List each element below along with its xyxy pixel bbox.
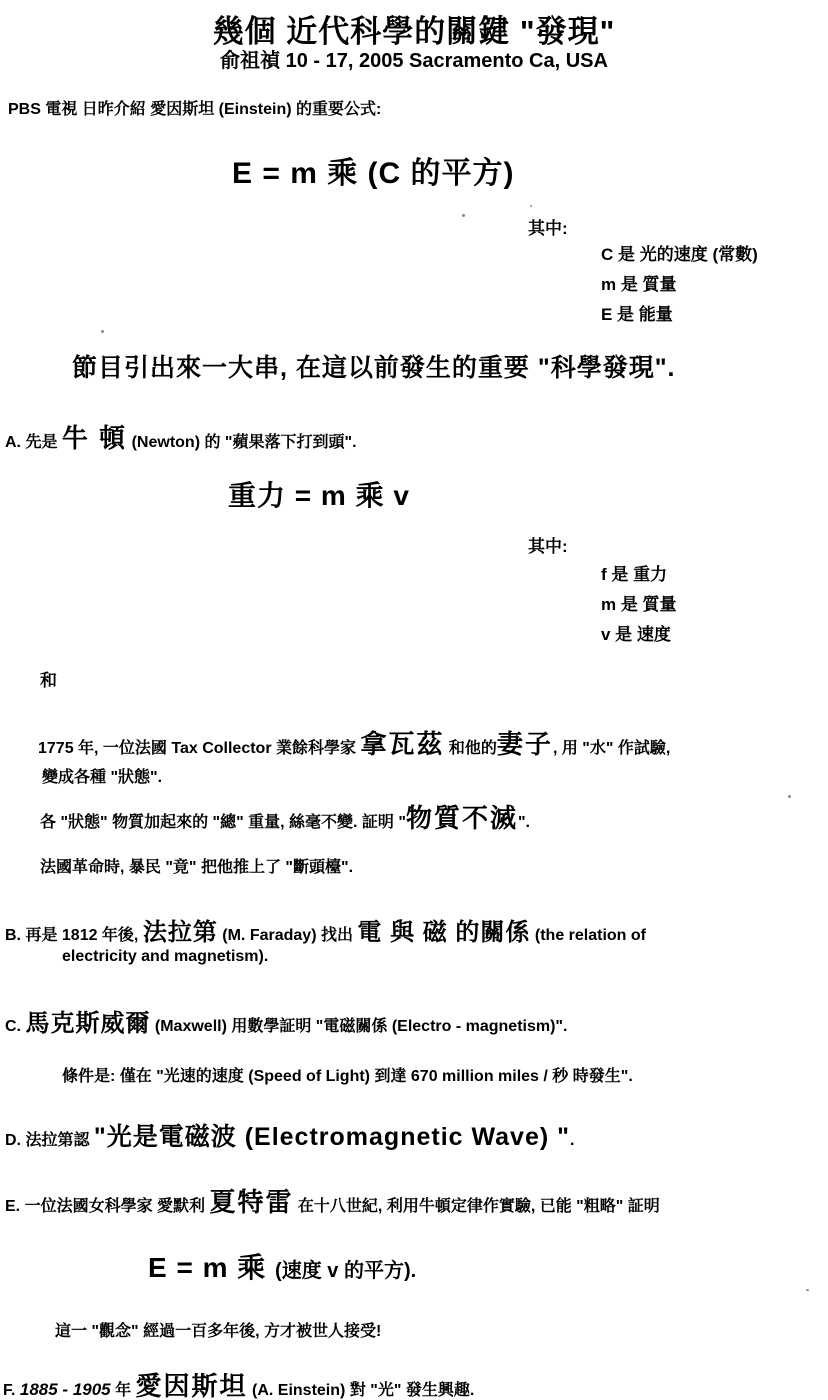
lavoisier-line1-post: , 用 "水" 作試驗,	[553, 740, 670, 757]
lavoisier-name: 拿瓦茲	[360, 729, 444, 759]
where2-item-v: v 是 速度	[601, 620, 677, 650]
conservation-of-mass-phrase: 物質不滅	[406, 803, 518, 833]
lavoisier-line3-post: ".	[518, 814, 530, 831]
section-b-line2: electricity and magnetism).	[62, 948, 268, 966]
section-f-years: 1885 - 1905	[20, 1380, 111, 1399]
formula-gravity: 重力 = m 乘 v	[228, 474, 410, 514]
scan-speck	[530, 205, 532, 207]
section-c-suffix: (Maxwell) 用數學証明 "電磁關係 (Electro - magneti…	[150, 1018, 567, 1035]
lavoisier-line1-mid: 和他的	[444, 740, 496, 757]
formula-emv2-big: E = m 乘	[148, 1252, 275, 1283]
where1-label: 其中:	[528, 214, 568, 239]
where2-item-m: m 是 質量	[601, 590, 677, 620]
section-b-prefix: B. 再是 1812 年後,	[5, 927, 143, 944]
where2-label: 其中:	[528, 532, 568, 557]
faraday-name: 法拉第	[143, 919, 218, 946]
section-c-condition: 條件是: 僅在 "光速的速度 (Speed of Light) 到達 670 m…	[62, 1063, 633, 1086]
electricity-magnetism-phrase: 電 與 磁 的關係	[357, 919, 530, 946]
section-e-prefix: E. 一位法國女科學家 愛默利	[5, 1198, 209, 1215]
chatelet-name: 夏特雷	[209, 1187, 293, 1217]
where2-item-f: f 是 重力	[601, 560, 677, 590]
scan-speck	[101, 330, 104, 333]
section-b-line1: B. 再是 1812 年後, 法拉第 (M. Faraday) 找出 電 與 磁…	[5, 912, 646, 947]
section-d-suffix: .	[570, 1132, 574, 1149]
scanned-document-page: 幾個 近代科學的關鍵 "發現" 俞祖禎 10 - 17, 2005 Sacram…	[0, 0, 828, 1400]
section-a-suffix: (Newton) 的 "蘋果落下打到頭".	[127, 434, 356, 451]
lavoisier-line4: 法國革命時, 暴民 "竟" 把他推上了 "斷頭檯".	[40, 854, 353, 877]
lavoisier-line3-pre: 各 "狀態" 物質加起來的 "總" 重量, 絲毫不變. 証明 "	[40, 814, 406, 831]
section-f-mid: 年	[111, 1382, 136, 1399]
section-e-line: E. 一位法國女科學家 愛默利 夏特雷 在十八世紀, 利用牛頓定律作實驗, 已能…	[5, 1182, 660, 1219]
scan-speck	[806, 1289, 809, 1291]
section-b-mid: (M. Faraday) 找出	[218, 927, 358, 944]
section-a-prefix: A. 先是	[5, 434, 62, 451]
lavoisier-line1-pre: 1775 年, 一位法國 Tax Collector 業餘科學家	[38, 740, 360, 757]
lead-sentence: 節目引出來一大串, 在這以前發生的重要 "科學發現".	[72, 348, 676, 384]
document-byline: 俞祖禎 10 - 17, 2005 Sacramento Ca, USA	[0, 44, 828, 73]
formula-emv2-small: (速度 v 的平方).	[275, 1260, 416, 1282]
einstein-name: 愛因斯坦	[136, 1371, 248, 1400]
intro-line: PBS 電視 日昨介紹 愛因斯坦 (Einstein) 的重要公式:	[8, 96, 381, 119]
section-c-line: C. 馬克斯威爾 (Maxwell) 用數學証明 "電磁關係 (Electro …	[5, 1003, 567, 1038]
section-d-prefix: D. 法拉第認	[5, 1132, 94, 1149]
section-e-note: 這一 "觀念" 經過一百多年後, 方才被世人接受!	[55, 1318, 381, 1341]
scan-speck	[462, 214, 465, 217]
section-f-prefix: F.	[3, 1382, 20, 1399]
section-f-line: F. 1885 - 1905 年 愛因斯坦 (A. Einstein) 對 "光…	[3, 1366, 474, 1400]
maxwell-name: 馬克斯威爾	[25, 1010, 150, 1037]
where2-list: f 是 重力 m 是 質量 v 是 速度	[601, 560, 677, 650]
section-a-line: A. 先是 牛 頓 (Newton) 的 "蘋果落下打到頭".	[5, 418, 357, 455]
where1-list: C 是 光的速度 (常數) m 是 質量 E 是 能量	[601, 240, 758, 330]
where1-item-c: C 是 光的速度 (常數)	[601, 240, 758, 270]
lavoisier-line1: 1775 年, 一位法國 Tax Collector 業餘科學家 拿瓦茲 和他的…	[38, 724, 670, 761]
section-e-suffix: 在十八世紀, 利用牛頓定律作實驗, 已能 "粗略" 証明	[293, 1198, 659, 1215]
section-f-suffix: (A. Einstein) 對 "光" 發生興趣.	[248, 1382, 475, 1399]
electromagnetic-wave-phrase: "光是電磁波 (Electromagnetic Wave) "	[94, 1123, 570, 1151]
lavoisier-line3: 各 "狀態" 物質加起來的 "總" 重量, 絲毫不變. 証明 "物質不滅".	[40, 798, 530, 835]
section-a-newton-name: 牛 頓	[62, 423, 127, 453]
formula-emv2: E = m 乘 (速度 v 的平方).	[148, 1246, 416, 1286]
lavoisier-line2: 變成各種 "狀態".	[42, 764, 162, 787]
formula-emc2: E = m 乘 (C 的平方)	[232, 148, 515, 192]
and-word: 和	[40, 666, 57, 691]
section-b-suffix: (the relation of	[530, 927, 646, 944]
scan-speck	[788, 795, 791, 798]
wife-word: 妻子	[497, 729, 553, 759]
section-d-line: D. 法拉第認 "光是電磁波 (Electromagnetic Wave) ".	[5, 1117, 574, 1153]
section-c-prefix: C.	[5, 1018, 25, 1035]
where1-item-e: E 是 能量	[601, 300, 758, 330]
where1-item-m: m 是 質量	[601, 270, 758, 300]
